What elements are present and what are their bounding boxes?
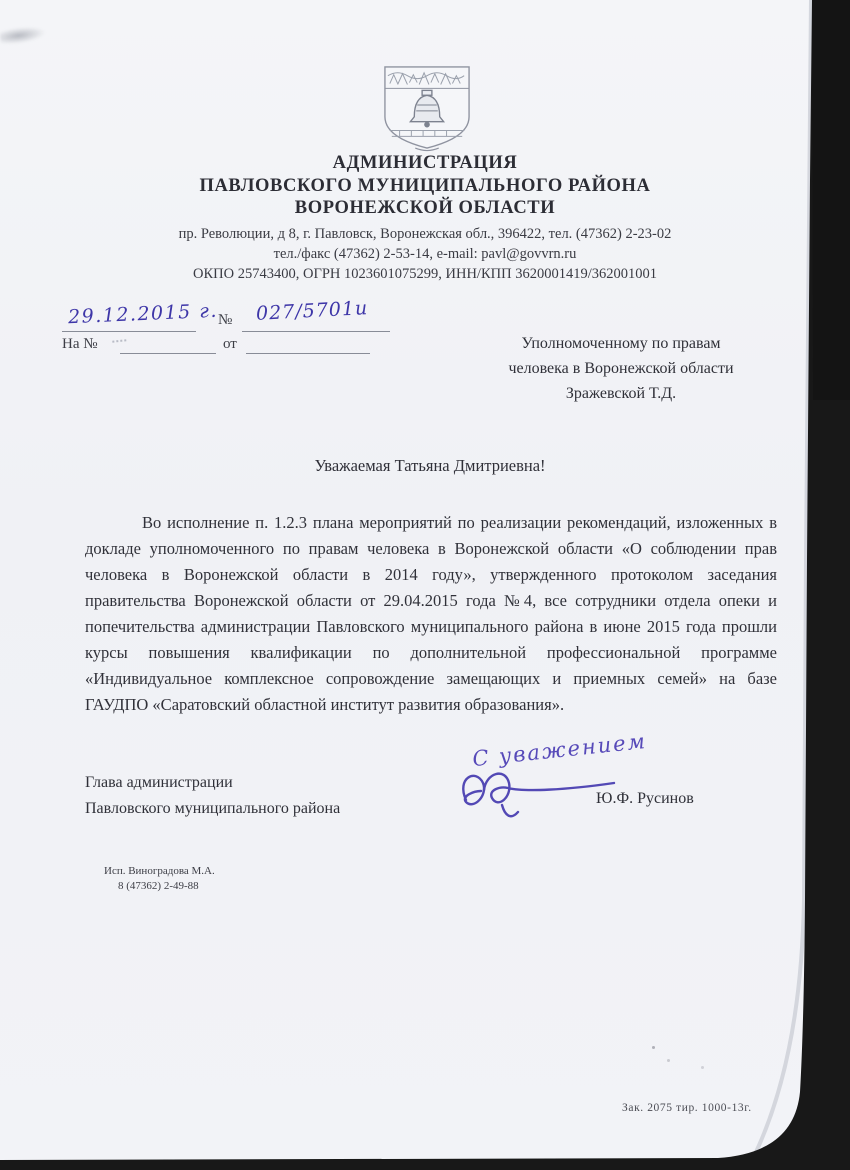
executor-name: Исп. Виноградова М.А. — [104, 864, 215, 879]
executor-block: Исп. Виноградова М.А. 8 (47362) 2-49-88 — [104, 864, 215, 894]
addressee-block: Уполномоченному по правам человека в Вор… — [478, 331, 764, 406]
dust-speck — [701, 1066, 704, 1069]
org-registry-line: ОКПО 25743400, ОГРН 1023601075299, ИНН/К… — [0, 264, 850, 284]
reply-date-underline — [246, 353, 370, 354]
number-underline — [242, 331, 390, 332]
org-name-line3: ВОРОНЕЖСКОЙ ОБЛАСТИ — [0, 197, 850, 220]
org-phone-email-line: тел./факс (47362) 2-53-14, e-mail: pavl@… — [0, 244, 850, 264]
scan-smudge — [0, 24, 47, 45]
addressee-line2: человека в Воронежской области — [478, 356, 764, 381]
signer-title-block: Глава администрации Павловского муниципа… — [85, 770, 445, 822]
reply-from-label: от — [223, 336, 237, 353]
coat-of-arms-icon — [378, 62, 476, 152]
executor-phone: 8 (47362) 2-49-88 — [104, 879, 215, 894]
handwritten-date: 29.12.2015 г. — [68, 300, 219, 329]
dust-speck — [667, 1059, 670, 1062]
ink-mark — [112, 333, 127, 342]
reply-number-underline — [120, 353, 216, 354]
signer-name: Ю.Ф. Русинов — [596, 790, 766, 808]
print-order-info: Зак. 2075 тир. 1000-13г. — [622, 1102, 752, 1114]
signer-title-line1: Глава администрации — [85, 770, 445, 796]
letter-body: Во исполнение п. 1.2.3 плана мероприятий… — [85, 510, 777, 718]
salutation: Уважаемая Татьяна Дмитриевна! — [85, 456, 775, 476]
handwritten-number: 027/5701и — [256, 297, 369, 325]
number-label: № — [218, 312, 232, 329]
scanned-letter-page: АДМИНИСТРАЦИЯ ПАВЛОВСКОГО МУНИЦИПАЛЬНОГО… — [0, 0, 850, 1170]
org-contact-block: пр. Революции, д 8, г. Павловск, Воронеж… — [0, 224, 850, 284]
dust-speck — [652, 1046, 655, 1049]
org-name-line1: АДМИНИСТРАЦИЯ — [0, 152, 850, 175]
org-name-line2: ПАВЛОВСКОГО МУНИЦИПАЛЬНОГО РАЙОНА — [0, 175, 850, 198]
reply-to-label: На № — [62, 336, 98, 353]
addressee-line1: Уполномоченному по правам — [478, 331, 764, 356]
signer-title-line2: Павловского муниципального района — [85, 796, 445, 822]
org-address-line: пр. Революции, д 8, г. Павловск, Воронеж… — [0, 224, 850, 244]
letter-body-paragraph: Во исполнение п. 1.2.3 плана мероприятий… — [85, 510, 777, 718]
org-name-block: АДМИНИСТРАЦИЯ ПАВЛОВСКОГО МУНИЦИПАЛЬНОГО… — [0, 152, 850, 220]
date-underline — [62, 331, 196, 332]
addressee-line3: Зражевской Т.Д. — [478, 381, 764, 406]
